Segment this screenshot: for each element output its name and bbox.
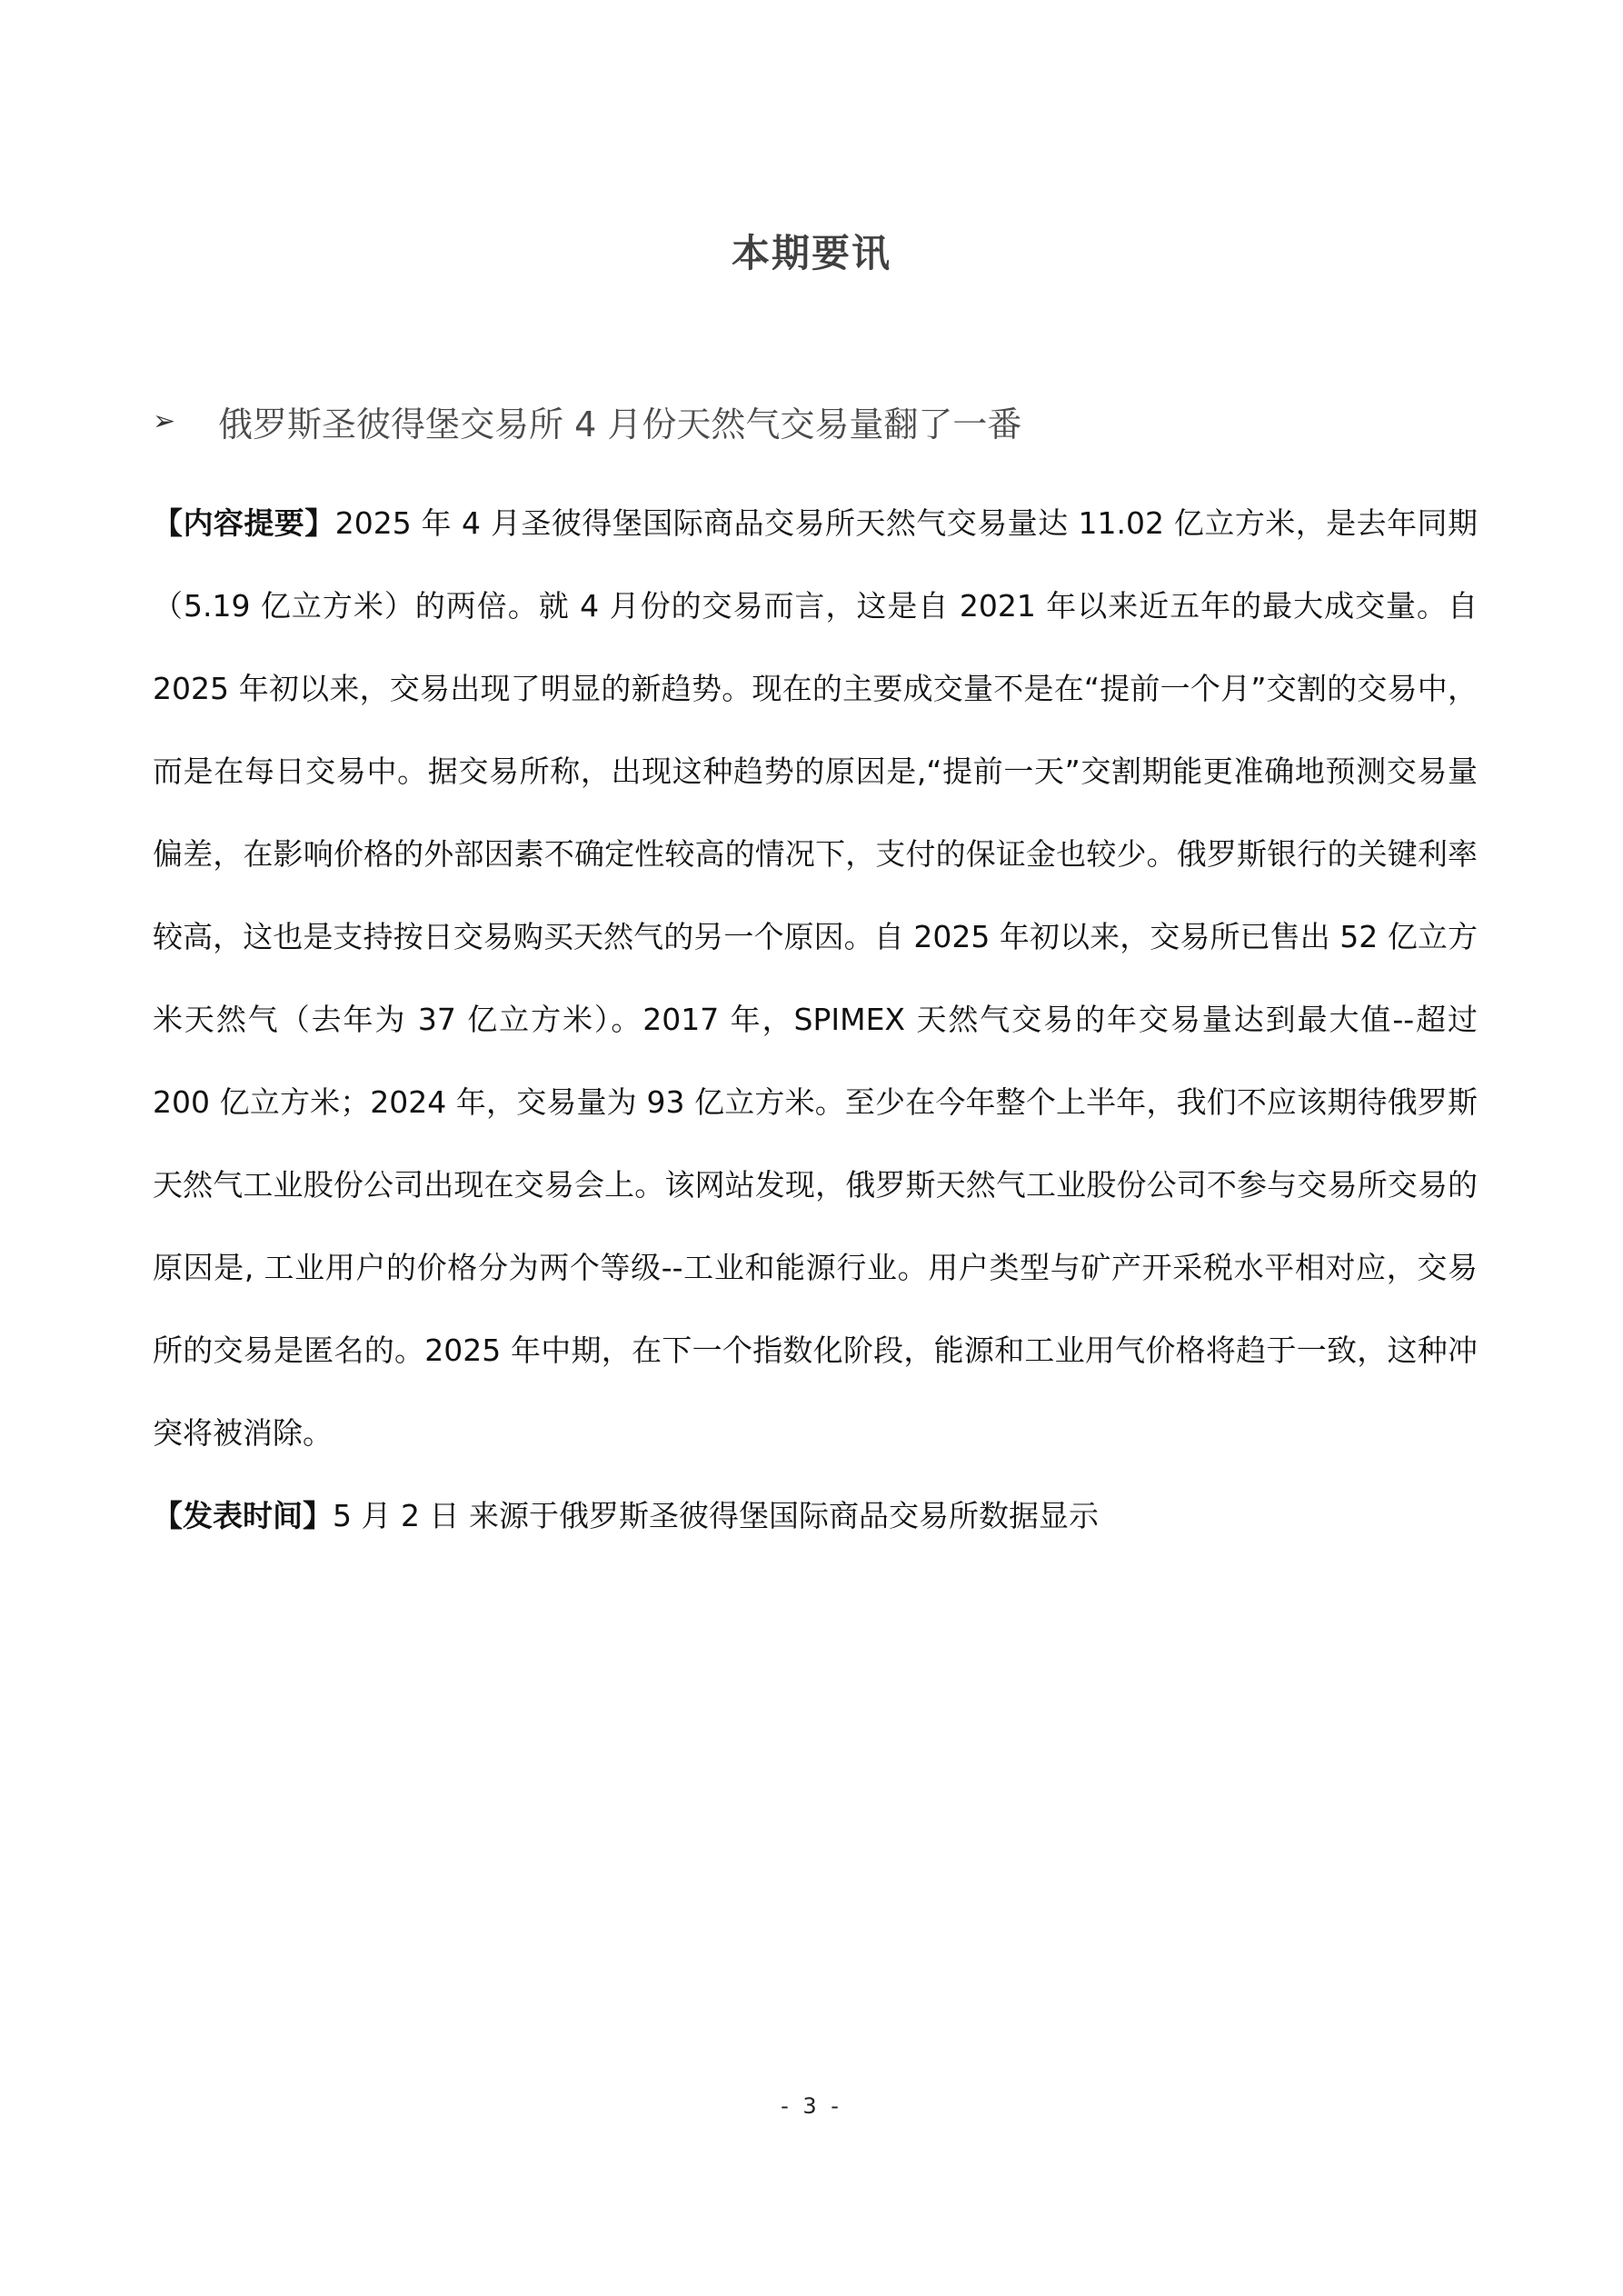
page-number: - 3 -	[0, 2093, 1623, 2119]
publish-label: 【发表时间】	[153, 1498, 333, 1533]
arrow-bullet-icon: ➢	[153, 405, 196, 437]
headline-text: 俄罗斯圣彼得堡交易所 4 月份天然气交易量翻了一番	[218, 396, 1021, 446]
article-content: 【内容提要】2025 年 4 月圣彼得堡国际商品交易所天然气交易量达 11.02…	[153, 482, 1478, 1557]
summary-paragraph: 【内容提要】2025 年 4 月圣彼得堡国际商品交易所天然气交易量达 11.02…	[153, 482, 1478, 1474]
page-title: 本期要讯	[0, 224, 1623, 278]
article-headline: ➢ 俄罗斯圣彼得堡交易所 4 月份天然气交易量翻了一番	[153, 396, 1021, 446]
publish-paragraph: 【发表时间】5 月 2 日 来源于俄罗斯圣彼得堡国际商品交易所数据显示	[153, 1474, 1478, 1557]
summary-label: 【内容提要】	[153, 505, 335, 541]
publish-text: 5 月 2 日 来源于俄罗斯圣彼得堡国际商品交易所数据显示	[333, 1498, 1099, 1533]
summary-text: 2025 年 4 月圣彼得堡国际商品交易所天然气交易量达 11.02 亿立方米，…	[153, 505, 1478, 1451]
